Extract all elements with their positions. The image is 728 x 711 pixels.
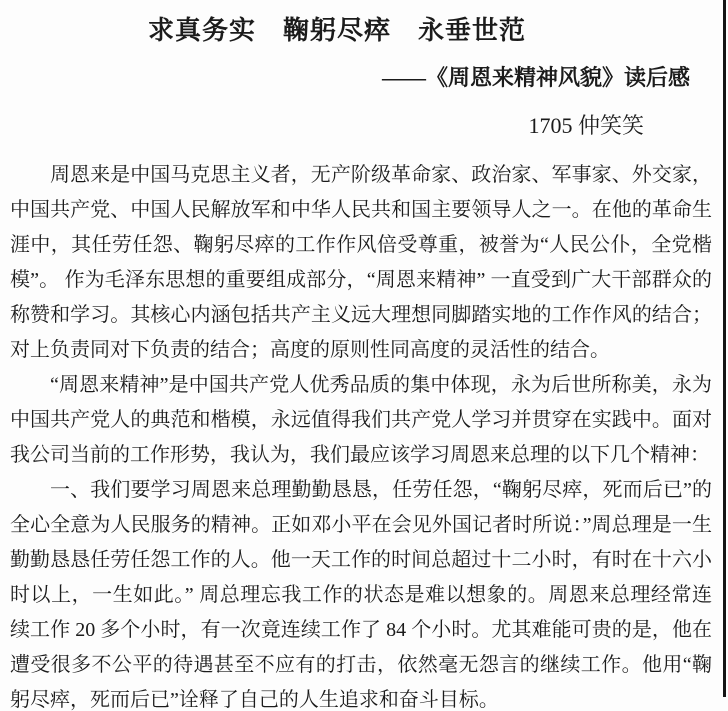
author-line: 1705 仲笑笑 — [0, 102, 728, 150]
paragraph-spirit-summary: “周恩来精神”是中国共产党人优秀品质的集中体现，永为后世所称美，永为中国共产党人… — [10, 368, 712, 473]
document-subtitle: ——《周恩来精神风貌》读后感 — [0, 54, 728, 102]
document-body: 周恩来是中国马克思主义者，无产阶级革命家、政治家、军事家、外交家，中国共产党、中… — [0, 158, 728, 711]
scan-edge-artifact — [723, 0, 726, 697]
paragraph-point-one: 一、我们要学习周恩来总理勤勤恳恳，任劳任怨，“鞠躬尽瘁，死而后已”的全心全意为人… — [10, 473, 712, 711]
document-title: 求真务实 鞠躬尽瘁 永垂世范 — [0, 0, 728, 54]
document-page: 求真务实 鞠躬尽瘁 永垂世范 ——《周恩来精神风貌》读后感 1705 仲笑笑 周… — [0, 0, 728, 711]
paragraph-intro: 周恩来是中国马克思主义者，无产阶级革命家、政治家、军事家、外交家，中国共产党、中… — [10, 158, 712, 368]
